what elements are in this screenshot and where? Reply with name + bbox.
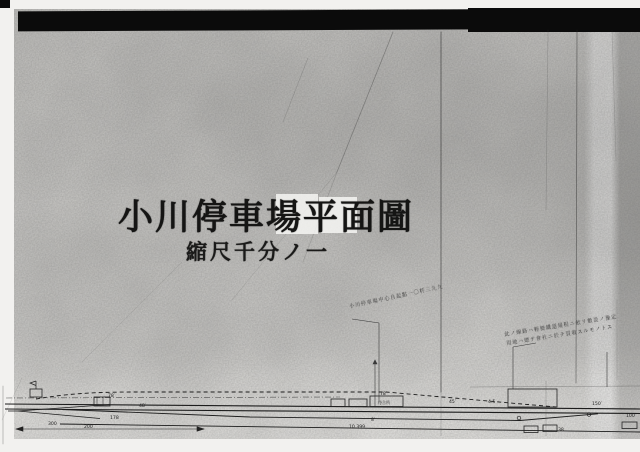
dim-label: 100′ [626,413,636,419]
dim-label: 48′ [139,403,146,409]
dim-label: 200 [84,424,93,430]
track-diagram: 300 200 178 78′ 48′ 10.399 8′ 78′ 45′ 4.… [5,380,640,436]
dim-label: 300 [48,421,57,427]
dimension-line [16,427,204,431]
dim-label: 78′ [108,393,115,399]
dim-label: 78′ [380,391,387,397]
drawing-title: 小川停車場平面圖 [118,190,414,240]
dim-label: 4.5 [488,399,495,405]
dim-label: 45′ [449,399,456,405]
dim-label: 38 [558,427,564,433]
building-label: 待合所 [378,399,390,405]
drawing-scale: 縮尺千分ノ一 [186,236,330,266]
dim-label: 10.399 [349,424,365,430]
scanned-station-plan: 300 200 178 78′ 48′ 10.399 8′ 78′ 45′ 4.… [0,0,640,452]
dim-label: 178 [110,415,119,421]
dim-label: 150′ [592,401,602,407]
dimension-labels: 300 200 178 78′ 48′ 10.399 8′ 78′ 45′ 4.… [48,391,636,433]
dim-label: 8′ [371,417,375,423]
